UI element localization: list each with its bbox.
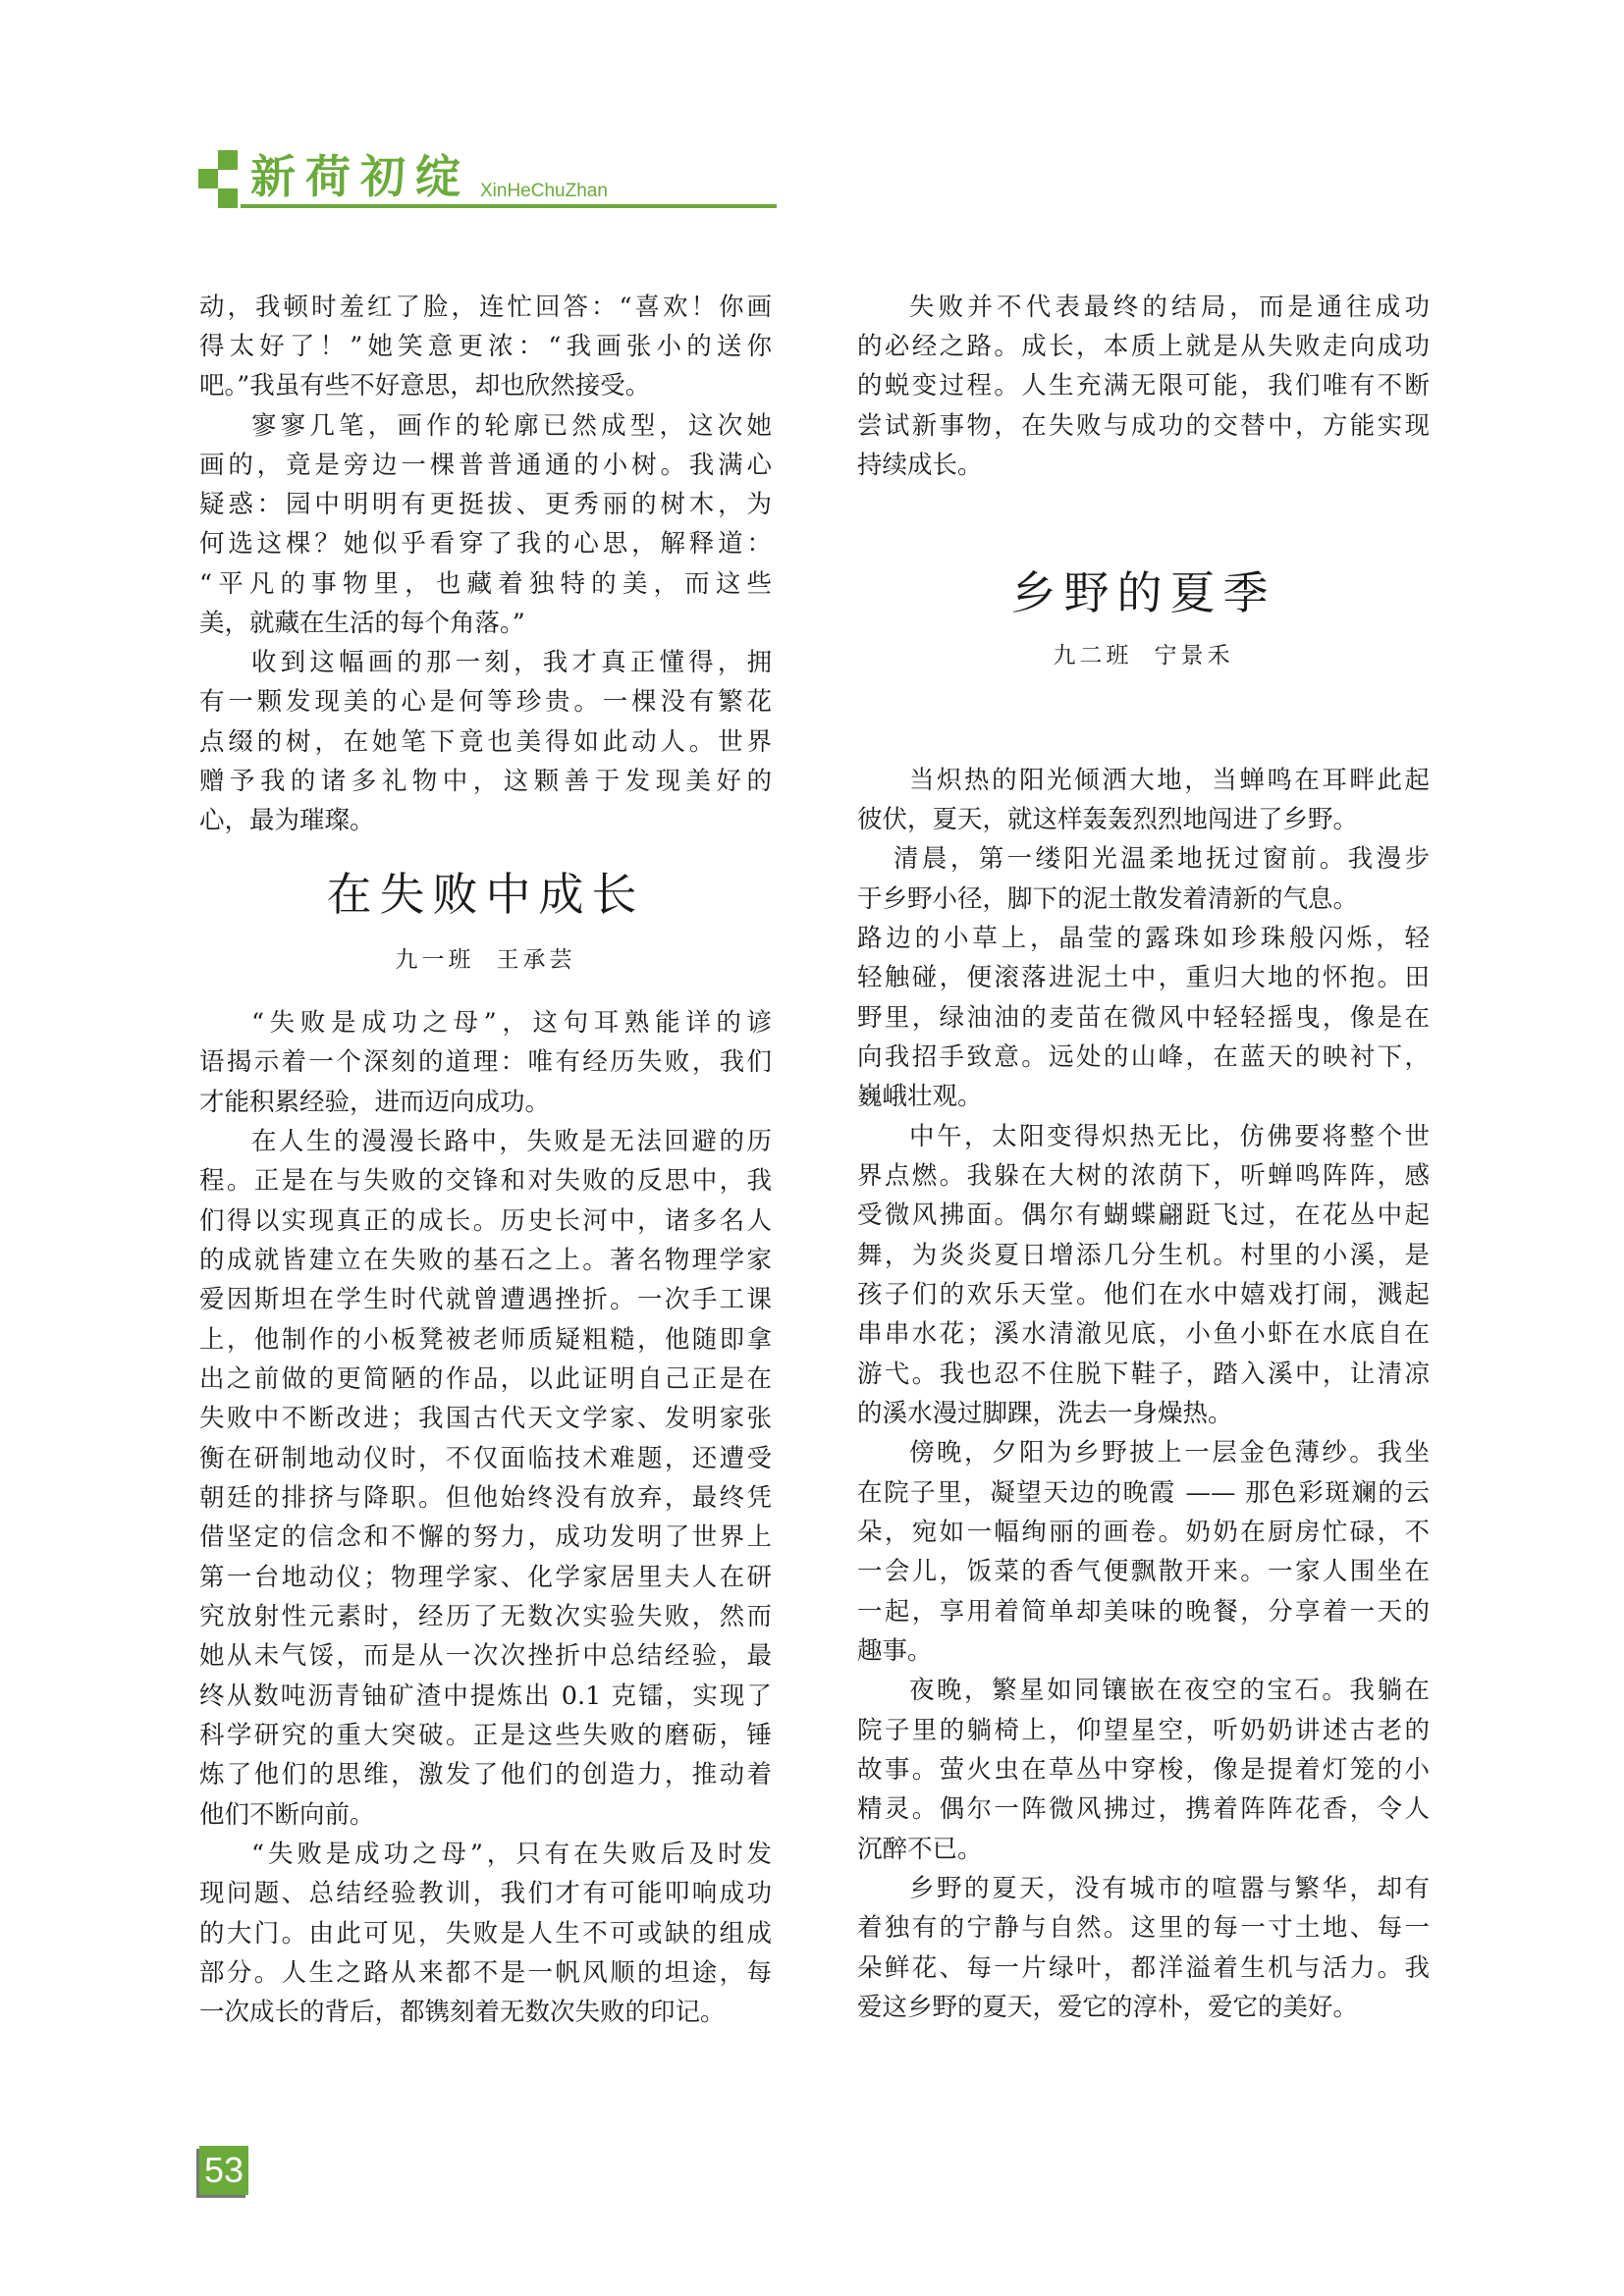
text-line: 衡在研制地动仪时，不仅面临技术难题，还遭受 <box>199 1439 772 1478</box>
text-line: 有一颗发现美的心是何等珍贵。一棵没有繁花 <box>199 682 772 721</box>
text-line: 炼了他们的思维，激发了他们的创造力，推动着 <box>199 1755 772 1794</box>
text-line: 界点燃。我躲在大树的浓荫下，听蝉鸣阵阵，感 <box>857 1156 1430 1196</box>
author-class: 九一班 <box>396 947 475 973</box>
text-line: 爱因斯坦在学生时代就曾遭遇挫折。一次手工课 <box>199 1280 772 1319</box>
text-line: 寥寥几笔，画作的轮廓已然成型，这次她 <box>199 406 772 446</box>
text-line: 们得以实现真正的成长。历史长河中，诸多名人 <box>199 1201 772 1241</box>
text-line: “失败是成功之母”，这句耳熟能详的谚 <box>199 1003 772 1042</box>
text-line: 他们不断向前。 <box>199 1795 772 1835</box>
text-line: 她从未气馁，而是从一次次挫折中总结经验，最 <box>199 1636 772 1676</box>
text-line: 院子里的躺椅上，仰望星空，听奶奶讲述古老的 <box>857 1711 1430 1750</box>
text-line: 才能积累经验，进而迈向成功。 <box>199 1083 772 1122</box>
text-line: 向我招手致意。远处的山峰，在蓝天的映衬下， <box>857 1038 1430 1077</box>
text-line: 现问题、总结经验教训，我们才有可能叩响成功 <box>199 1874 772 1913</box>
author-name: 宁景禾 <box>1155 643 1234 668</box>
text-line: 失败并不代表最终的结局，而是通往成功 <box>857 288 1430 327</box>
page-number: 53 <box>199 2146 248 2195</box>
text-line: 在人生的漫漫长路中，失败是无法回避的历 <box>199 1122 772 1161</box>
text-line: 得太好了！”她笑意更浓：“我画张小的送你 <box>199 327 772 366</box>
text-line: 美，就藏在生活的每个角落。” <box>199 604 772 643</box>
author-class: 九二班 <box>1054 643 1133 668</box>
section-subtitle: XinHeChuZhan <box>480 181 608 202</box>
header-divider <box>241 204 777 208</box>
page-number-badge: 53 <box>199 2146 248 2195</box>
text-line: 游弋。我也忍不住脱下鞋子，踏入溪中，让清凉 <box>857 1355 1430 1394</box>
author-name: 王承芸 <box>497 947 576 973</box>
text-line: 一会儿，饭菜的香气便飘散开来。一家人围坐在 <box>857 1552 1430 1591</box>
text-line: 着独有的宁静与自然。这里的每一寸土地、每一 <box>857 1908 1430 1948</box>
text-line: 借坚定的信念和不懈的努力，成功发明了世界上 <box>199 1518 772 1557</box>
text-line: 故事。萤火虫在草丛中穿梭，像是提着灯笼的小 <box>857 1750 1430 1789</box>
text-line: 疑惑：园中明明有更挺拔、更秀丽的树木，为 <box>199 485 772 524</box>
text-line: 清晨，第一缕阳光温柔地抚过窗前。我漫步 <box>857 839 1430 879</box>
text-line: 野里，绿油油的麦苗在微风中轻轻摇曳，像是在 <box>857 998 1430 1038</box>
article-title: 乡野的夏季 <box>857 565 1430 620</box>
text-line: 在院子里，凝望天边的晚霞 —— 那色彩斑斓的云 <box>857 1473 1430 1513</box>
article-byline: 九二班宁景禾 <box>857 641 1430 670</box>
text-line: 赠予我的诸多礼物中，这颗善于发现美好的 <box>199 762 772 801</box>
text-line: 一起，享用着简单却美味的晚餐，分享着一天的 <box>857 1592 1430 1631</box>
text-line: 朝廷的排挤与降职。但他始终没有放弃，最终凭 <box>199 1478 772 1518</box>
article-byline: 九一班王承芸 <box>199 945 772 975</box>
text-line: “平凡的事物里，也藏着独特的美，而这些 <box>199 564 772 604</box>
text-line: 的大门。由此可见，失败是人生不可或缺的组成 <box>199 1914 772 1953</box>
text-line: 朵，宛如一幅绚丽的画卷。奶奶在厨房忙碌，不 <box>857 1513 1430 1552</box>
right-column: 失败并不代表最终的结局，而是通往成功 的必经之路。成长，本质上就是从失败走向成功… <box>857 288 1430 2055</box>
text-line: 路边的小草上，晶莹的露珠如珍珠般闪烁，轻 <box>857 919 1430 958</box>
text-line: 受微风拂面。偶尔有蝴蝶翩跹飞过，在花丛中起 <box>857 1196 1430 1235</box>
text-line: 持续成长。 <box>857 446 1430 485</box>
text-line: 出之前做的更简陋的作品，以此证明自己正是在 <box>199 1360 772 1399</box>
text-line: 舞，为炎炎夏日增添几分生机。村里的小溪，是 <box>857 1236 1430 1275</box>
text-line: 轻触碰，便滚落进泥土中，重归大地的怀抱。田 <box>857 958 1430 997</box>
text-line: 爱这乡野的夏天，爱它的淳朴，爱它的美好。 <box>857 1988 1430 2027</box>
text-line: 乡野的夏天，没有城市的喧嚣与繁华，却有 <box>857 1869 1430 1908</box>
text-line: 沉醉不已。 <box>857 1830 1430 1869</box>
text-line: 尝试新事物，在失败与成功的交替中，方能实现 <box>857 406 1430 446</box>
text-line: 部分。人生之路从来都不是一帆风顺的坦途，每 <box>199 1953 772 1993</box>
text-line: 串串水花；溪水清澈见底，小鱼小虾在水底自在 <box>857 1314 1430 1354</box>
left-column: 动，我顿时羞红了脸，连忙回答：“喜欢！你画 得太好了！”她笑意更浓：“我画张小的… <box>199 288 772 2055</box>
text-line: 傍晚，夕阳为乡野披上一层金色薄纱。我坐 <box>857 1433 1430 1472</box>
text-line: 点缀的树，在她笔下竟也美得如此动人。世界 <box>199 722 772 762</box>
logo-square-left <box>198 169 218 188</box>
text-line: 的必经之路。成长，本质上就是从失败走向成功 <box>857 327 1430 366</box>
text-line: 何选这棵？她似乎看穿了我的心思，解释道： <box>199 524 772 563</box>
text-line: 夜晚，繁星如同镶嵌在夜空的宝石。我躺在 <box>857 1671 1430 1710</box>
text-line: 精灵。偶尔一阵微风拂过，携着阵阵花香，令人 <box>857 1789 1430 1829</box>
logo-square-top <box>218 150 238 170</box>
text-line: 中午，太阳变得炽热无比，仿佛要将整个世 <box>857 1117 1430 1156</box>
text-line: 究放射性元素时，经历了无数次实验失败，然而 <box>199 1597 772 1636</box>
text-line: 的蜕变过程。人生充满无限可能，我们唯有不断 <box>857 366 1430 405</box>
text-line: 心，最为璀璨。 <box>199 801 772 840</box>
text-line: 于乡野小径，脚下的泥土散发着清新的气息。 <box>857 880 1430 919</box>
text-line: 的成就皆建立在失败的基石之上。著名物理学家 <box>199 1241 772 1280</box>
text-line: 第一台地动仪；物理学家、化学家居里夫人在研 <box>199 1558 772 1597</box>
section-title: 新荷初绽 <box>250 147 470 206</box>
text-line: 收到这幅画的那一刻，我才真正懂得，拥 <box>199 643 772 682</box>
text-line: 的溪水漫过脚踝，洗去一身燥热。 <box>857 1394 1430 1433</box>
text-line: 孩子们的欢乐天堂。他们在水中嬉戏打闹，溅起 <box>857 1275 1430 1314</box>
text-line: “失败是成功之母”，只有在失败后及时发 <box>199 1835 772 1874</box>
text-line: 朵鲜花、每一片绿叶，都洋溢着生机与活力。我 <box>857 1949 1430 1988</box>
text-line: 动，我顿时羞红了脸，连忙回答：“喜欢！你画 <box>199 288 772 327</box>
logo-square-bottom <box>218 188 238 208</box>
text-line: 终从数吨沥青铀矿渣中提炼出 0.1 克镭，实现了 <box>199 1677 772 1716</box>
text-line: 失败中不断改进；我国古代天文学家、发明家张 <box>199 1399 772 1438</box>
text-line: 程。正是在与失败的交锋和对失败的反思中，我 <box>199 1161 772 1201</box>
text-line: 当炽热的阳光倾洒大地，当蝉鸣在耳畔此起 <box>857 761 1430 800</box>
text-line: 语揭示着一个深刻的道理：唯有经历失败，我们 <box>199 1042 772 1082</box>
article-title: 在失败中成长 <box>199 867 772 922</box>
text-line: 吧。”我虽有些不好意思，却也欣然接受。 <box>199 366 772 405</box>
text-line: 科学研究的重大突破。正是这些失败的磨砺，锤 <box>199 1716 772 1755</box>
text-line: 彼伏，夏天，就这样轰轰烈烈地闯进了乡野。 <box>857 800 1430 839</box>
text-line: 巍峨壮观。 <box>857 1077 1430 1116</box>
text-line: 趣事。 <box>857 1631 1430 1671</box>
text-line: 上，他制作的小板凳被老师质疑粗糙，他随即拿 <box>199 1320 772 1360</box>
text-line: 画的，竟是旁边一棵普普通通的小树。我满心 <box>199 446 772 485</box>
text-line: 一次成长的背后，都镌刻着无数次失败的印记。 <box>199 1993 772 2032</box>
